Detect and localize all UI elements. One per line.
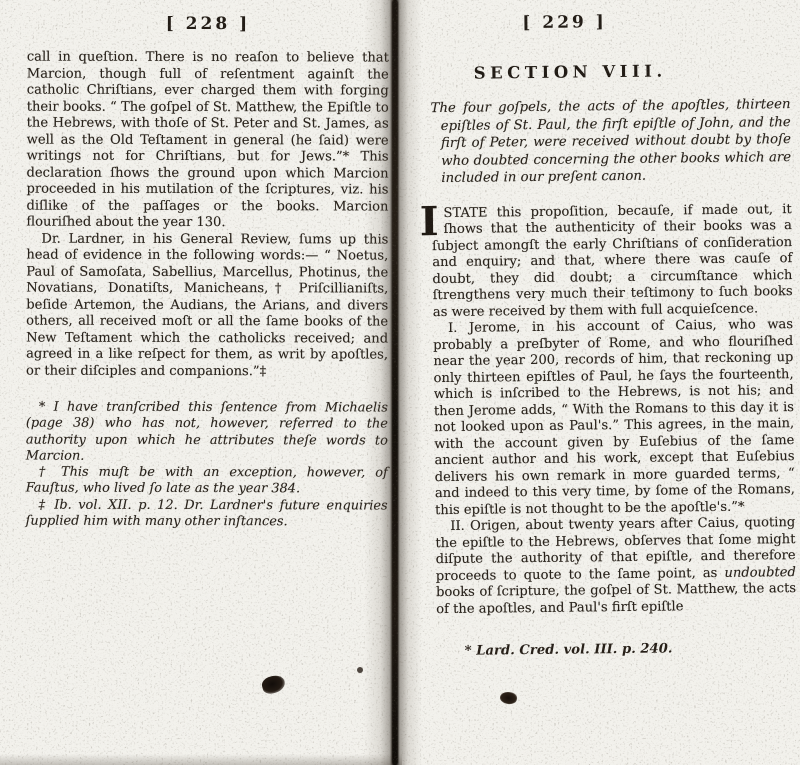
right-paragraph-3-italic-word: undoubted [724,565,796,581]
left-page-number: [ 228 ] [27,14,389,35]
footnote-asterisk: * I have tranſcribed this ſentence from … [26,400,388,466]
right-paragraph-2: I. Jerome, in his account of Caius, who … [433,318,795,520]
left-page: [ 228 ] call in queſtion. There is no re… [0,0,393,765]
right-footnote: * Lard. Cred. vol. III. p. 240. [437,641,797,660]
right-paragraph-1-text: STATE this propoſition, becauſe, if made… [432,202,793,320]
right-paragraph-3: II. Origen, about twenty years after Cai… [435,516,796,619]
left-paragraph-1: call in queſtion. There is no reaſon to … [26,50,388,232]
right-page-number: [ 229 ] [384,11,744,35]
right-paragraph-3-after: books of ſcripture, the goſpel of St. Ma… [436,582,796,618]
binding-gutter-core [392,0,398,765]
right-paragraph-1: ISTATE this propoſition, becauſe, if mad… [432,202,793,322]
left-paragraph-2: Dr. Lardner, in his General Review, ſums… [26,231,388,380]
book-scan: [ 228 ] call in queſtion. There is no re… [0,0,800,765]
left-footnotes: * I have tranſcribed this ſentence from … [26,400,388,531]
footnote-double-dagger: ‡ Ib. vol. XII. p. 12. Dr. Lardner's fut… [26,497,388,531]
right-page: [ 229 ] SECTION VIII. The four goſpels, … [403,0,800,765]
footnote-dagger: † This muſt be with an exception, howeve… [26,465,388,499]
section-epigraph: The four goſpels, the acts of the apoſtl… [430,96,791,188]
section-title: SECTION VIII. [390,61,750,84]
drop-cap-letter: I [420,207,439,236]
